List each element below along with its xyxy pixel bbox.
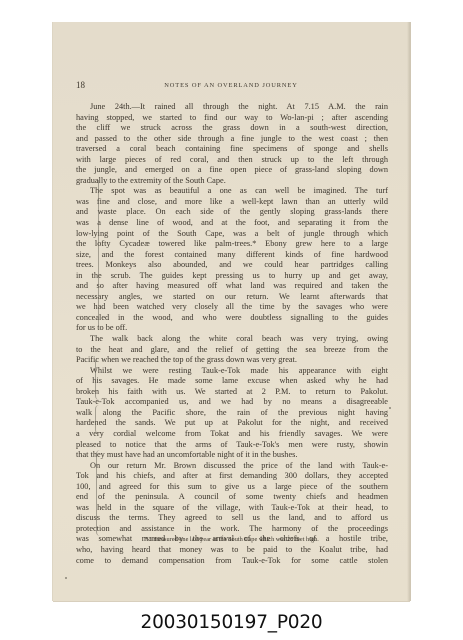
text-line: The spot was as beautiful a one as can w…: [76, 186, 388, 197]
pencil-margin-bracket: [95, 358, 99, 400]
text-line: hardened the sands. We put up at Pakolut…: [76, 418, 388, 429]
body-text: June 24th.—It rained all through the nig…: [76, 102, 388, 566]
text-line: Pacific when we reached the top of the g…: [76, 355, 388, 366]
text-line: low-lying point of the South Cape, was a…: [76, 229, 388, 240]
text-line: pleased to notice that the arms of Tauk-…: [76, 440, 388, 451]
text-line: to the heat and glare, and the relief of…: [76, 345, 388, 356]
text-line: of his savages. He made some lame excuse…: [76, 376, 388, 387]
text-line: and so after having measured off what la…: [76, 281, 388, 292]
text-line: trees. Monkeys also abounded, and we cou…: [76, 260, 388, 271]
text-line: June 24th.—It rained all through the nig…: [76, 102, 388, 113]
text-line: broken his faith with us. We started at …: [76, 387, 388, 398]
text-line: concealed in the wood, and who were doub…: [76, 313, 388, 324]
text-line: having stopped, we started to find our w…: [76, 113, 388, 124]
text-line: was held in the square of the village, w…: [76, 503, 388, 514]
text-line: gradually to the extremity of the South …: [76, 176, 388, 187]
text-line: Whilst we were resting Tauk-e-Tok made h…: [76, 366, 388, 377]
image-caption: 20030150197_P020: [0, 612, 463, 633]
text-line: a very cordial welcome from Tokat and hi…: [76, 429, 388, 440]
text-line: the jungle, and emerged on a fine open p…: [76, 165, 388, 176]
text-line: come to demand compensation from Tauk-e-…: [76, 556, 388, 567]
text-line: On our return Mr. Brown discussed the pr…: [76, 461, 388, 472]
scanned-book-page: 18 NOTES OF AN OVERLAND JOURNEY June 24t…: [53, 22, 410, 601]
text-line: traversed a coral beach containing fine …: [76, 144, 388, 155]
text-line: discuss the terms. They agreed to sell u…: [76, 513, 388, 524]
pencil-margin-line: [98, 180, 99, 326]
text-line: end of the peninsula. A council of some …: [76, 492, 388, 503]
text-line: was a dense line of wood, and at the foo…: [76, 218, 388, 229]
footnote: * I measured one last year at the South …: [76, 536, 388, 543]
text-line: who, having heard that money was to be p…: [76, 545, 388, 556]
text-line: The walk back along the white coral beac…: [76, 334, 388, 345]
text-line: in the scrub. The guides kept pressing u…: [76, 271, 388, 282]
text-line: for us to be off.: [76, 323, 388, 334]
text-line: necessary angles, we started on our retu…: [76, 292, 388, 303]
text-line: the cliff we struck across the grass dow…: [76, 123, 388, 134]
text-line: walk along the Pacific shore, the rain o…: [76, 408, 388, 419]
text-line: and waste place. On each side of the gen…: [76, 207, 388, 218]
text-line: was fine and close, and more like a well…: [76, 197, 388, 208]
running-head: 18 NOTES OF AN OVERLAND JOURNEY: [76, 81, 386, 93]
running-head-title: NOTES OF AN OVERLAND JOURNEY: [76, 82, 386, 89]
paper-speck: [65, 577, 67, 579]
text-line: Tauk-e-Tok accompanied us, and we had by…: [76, 397, 388, 408]
text-line: we had been watched very closely all the…: [76, 302, 388, 313]
text-line: with large pieces of red coral, and then…: [76, 155, 388, 166]
text-line: and passed to the other side through a f…: [76, 134, 388, 145]
paper-speck: [389, 407, 391, 409]
text-line: the lofty Cycadeæ towered like palm-tree…: [76, 239, 388, 250]
text-line: 100, and agreed for this sum to give us …: [76, 482, 388, 493]
text-line: size, and the forest contained many diff…: [76, 250, 388, 261]
pencil-margin-bracket: [96, 450, 100, 536]
pencil-margin-bracket: [95, 405, 99, 434]
text-line: that they must have had an uncomfortable…: [76, 450, 388, 461]
text-line: Tok and his chiefs, and after at first d…: [76, 471, 388, 482]
text-line: protection and assistance in the work. T…: [76, 524, 388, 535]
